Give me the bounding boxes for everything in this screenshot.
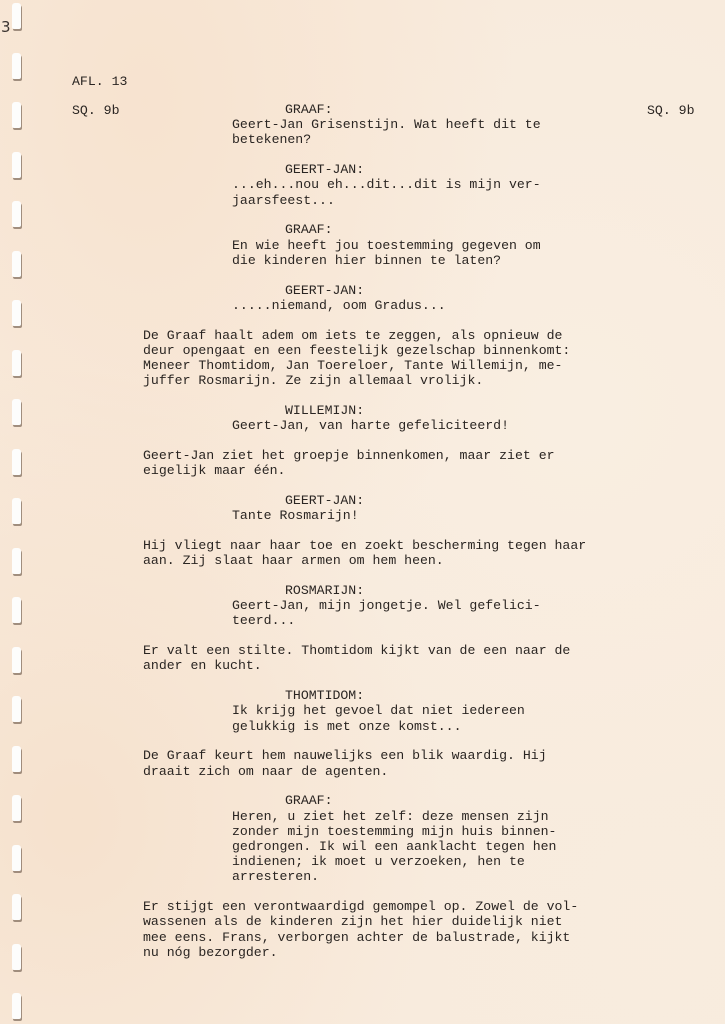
speaker-name: GRAAF: (143, 793, 663, 808)
dialogue-text: Geert-Jan, van harte gefeliciteerd! (143, 418, 663, 433)
text-line: gedrongen. Ik wil een aanklacht tegen he… (232, 839, 663, 854)
binding-hole (12, 251, 21, 277)
binding-hole (12, 647, 21, 673)
sequence-label-left: SQ. 9b (72, 103, 119, 118)
episode-label: AFL. 13 (72, 74, 127, 89)
binding-hole (12, 498, 21, 524)
text-line: deur opengaat en een feestelijk gezelsch… (143, 343, 663, 358)
action-text: Hij vliegt naar haar toe en zoekt besche… (143, 538, 663, 568)
action-text: Er valt een stilte. Thomtidom kijkt van … (143, 643, 663, 673)
binding-hole (12, 993, 21, 1019)
dialogue-text: En wie heeft jou toestemming gegeven omd… (143, 238, 663, 268)
block-gap (143, 674, 663, 689)
text-line: De Graaf keurt hem nauwelijks een blik w… (143, 748, 663, 763)
block-gap (143, 148, 663, 163)
speaker-name: GEERT-JAN: (143, 493, 663, 508)
block-gap (143, 734, 663, 749)
block-gap (143, 313, 663, 328)
speaker-name: ROSMARIJN: (143, 583, 663, 598)
binding-hole (12, 696, 21, 722)
block-gap (143, 433, 663, 448)
text-line: .....niemand, oom Gradus... (232, 298, 663, 313)
text-line: nu nóg bezorgder. (143, 945, 663, 960)
text-line: eigelijk maar één. (143, 463, 663, 478)
page-number: 3 (1, 18, 11, 36)
dialogue-text: Geert-Jan, mijn jongetje. Wel gefelici-t… (143, 598, 663, 628)
text-line: juffer Rosmarijn. Ze zijn allemaal vroli… (143, 373, 663, 388)
speaker-name: GEERT-JAN: (143, 162, 663, 177)
text-line: gelukkig is met onze komst... (232, 719, 663, 734)
binding-hole (12, 449, 21, 475)
text-line: Meneer Thomtidom, Jan Toereloer, Tante W… (143, 358, 663, 373)
binding-hole (12, 300, 21, 326)
text-line: Geert-Jan Grisenstijn. Wat heeft dit te (232, 117, 663, 132)
block-gap (143, 885, 663, 900)
speaker-name: GRAAF: (143, 102, 663, 117)
block-gap (143, 208, 663, 223)
binding-hole (12, 795, 21, 821)
binding-hole (12, 845, 21, 871)
speaker-name: WILLEMIJN: (143, 403, 663, 418)
text-line: die kinderen hier binnen te laten? (232, 253, 663, 268)
block-gap (143, 629, 663, 644)
text-line: aan. Zij slaat haar armen om hem heen. (143, 553, 663, 568)
text-line: Er valt een stilte. Thomtidom kijkt van … (143, 643, 663, 658)
text-line: Heren, u ziet het zelf: deze mensen zijn (232, 809, 663, 824)
speaker-name: THOMTIDOM: (143, 688, 663, 703)
binding-hole (12, 894, 21, 920)
typewritten-script-page: 3 AFL. 13 SQ. 9b SQ. 9b GRAAF:Geert-Jan … (0, 0, 725, 1024)
binding-hole (12, 399, 21, 425)
text-line: ander en kucht. (143, 658, 663, 673)
binding-hole (12, 746, 21, 772)
script-body: GRAAF:Geert-Jan Grisenstijn. Wat heeft d… (143, 102, 663, 960)
text-line: wassenen als de kinderen zijn het hier d… (143, 914, 663, 929)
speaker-name: GEERT-JAN: (143, 283, 663, 298)
block-gap (143, 523, 663, 538)
dialogue-text: Tante Rosmarijn! (143, 508, 663, 523)
text-line: ...eh...nou eh...dit...dit is mijn ver- (232, 177, 663, 192)
block-gap (143, 779, 663, 794)
binding-hole (12, 102, 21, 128)
binding-hole (12, 548, 21, 574)
binding-hole (12, 3, 21, 29)
text-line: teerd... (232, 613, 663, 628)
action-text: Er stijgt een verontwaardigd gemompel op… (143, 899, 663, 960)
block-gap (143, 568, 663, 583)
text-line: Ik krijg het gevoel dat niet iedereen (232, 703, 663, 718)
text-line: mee eens. Frans, verborgen achter de bal… (143, 930, 663, 945)
text-line: arresteren. (232, 869, 663, 884)
binding-hole (12, 944, 21, 970)
text-line: zonder mijn toestemming mijn huis binnen… (232, 824, 663, 839)
block-gap (143, 268, 663, 283)
dialogue-text: Geert-Jan Grisenstijn. Wat heeft dit teb… (143, 117, 663, 147)
text-line: Geert-Jan ziet het groepje binnenkomen, … (143, 448, 663, 463)
action-text: De Graaf keurt hem nauwelijks een blik w… (143, 748, 663, 778)
block-gap (143, 478, 663, 493)
text-line: Hij vliegt naar haar toe en zoekt besche… (143, 538, 663, 553)
binding-hole (12, 597, 21, 623)
dialogue-text: Ik krijg het gevoel dat niet iedereengel… (143, 703, 663, 733)
text-line: jaarsfeest... (232, 193, 663, 208)
text-line: betekenen? (232, 132, 663, 147)
binding-hole (12, 350, 21, 376)
text-line: indienen; ik moet u verzoeken, hen te (232, 854, 663, 869)
binding-hole (12, 152, 21, 178)
text-line: draait zich om naar de agenten. (143, 764, 663, 779)
text-line: Geert-Jan, mijn jongetje. Wel gefelici- (232, 598, 663, 613)
text-line: Er stijgt een verontwaardigd gemompel op… (143, 899, 663, 914)
binding-hole (12, 201, 21, 227)
binding-holes (8, 0, 28, 1024)
speaker-name: GRAAF: (143, 222, 663, 237)
text-line: Geert-Jan, van harte gefeliciteerd! (232, 418, 663, 433)
text-line: Tante Rosmarijn! (232, 508, 663, 523)
block-gap (143, 388, 663, 403)
dialogue-text: Heren, u ziet het zelf: deze mensen zijn… (143, 809, 663, 885)
action-text: De Graaf haalt adem om iets te zeggen, a… (143, 328, 663, 389)
text-line: De Graaf haalt adem om iets te zeggen, a… (143, 328, 663, 343)
action-text: Geert-Jan ziet het groepje binnenkomen, … (143, 448, 663, 478)
text-line: En wie heeft jou toestemming gegeven om (232, 238, 663, 253)
dialogue-text: .....niemand, oom Gradus... (143, 298, 663, 313)
binding-hole (12, 53, 21, 79)
dialogue-text: ...eh...nou eh...dit...dit is mijn ver-j… (143, 177, 663, 207)
